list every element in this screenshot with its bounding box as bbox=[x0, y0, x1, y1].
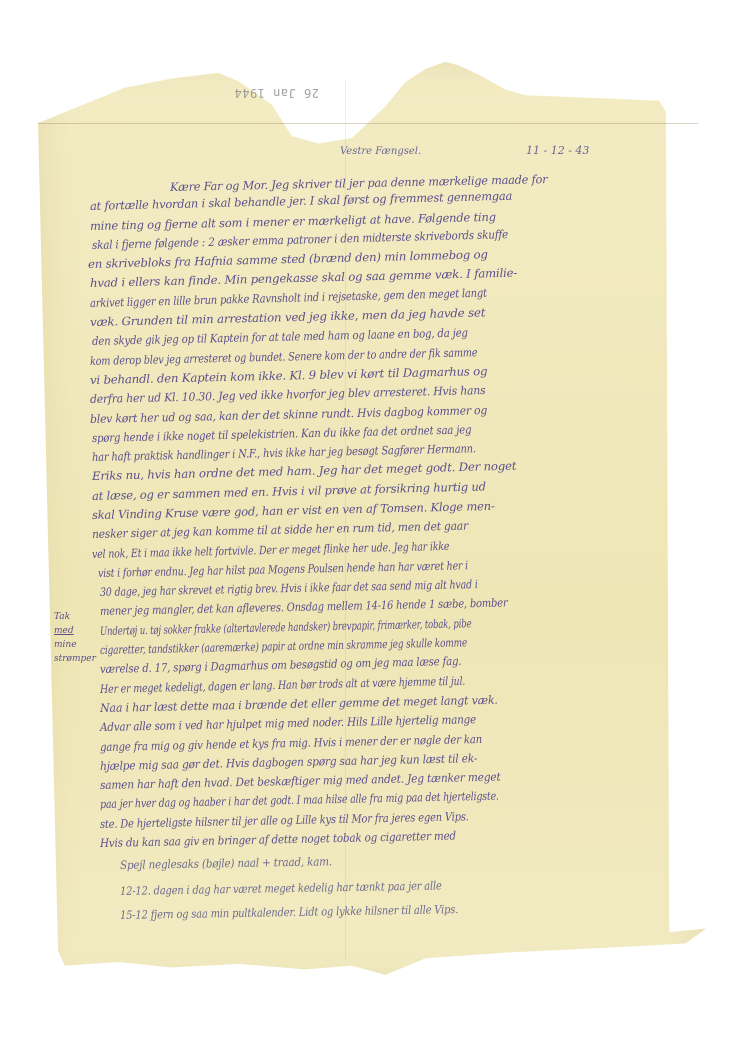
margin-note-line: strømper bbox=[54, 652, 94, 666]
fold-line-horizontal bbox=[38, 123, 698, 124]
margin-note: Tak med mine strømper bbox=[54, 610, 94, 666]
margin-note-line: Tak bbox=[54, 610, 94, 624]
margin-note-line: mine bbox=[54, 638, 94, 652]
letter-place: Vestre Fængsel. bbox=[340, 146, 421, 157]
fold-line-vertical bbox=[345, 80, 346, 960]
margin-note-line: med bbox=[54, 624, 94, 638]
letter-date: 11 - 12 - 43 bbox=[526, 144, 589, 157]
archive-stamp: 26 Jan 1944 bbox=[234, 86, 319, 100]
